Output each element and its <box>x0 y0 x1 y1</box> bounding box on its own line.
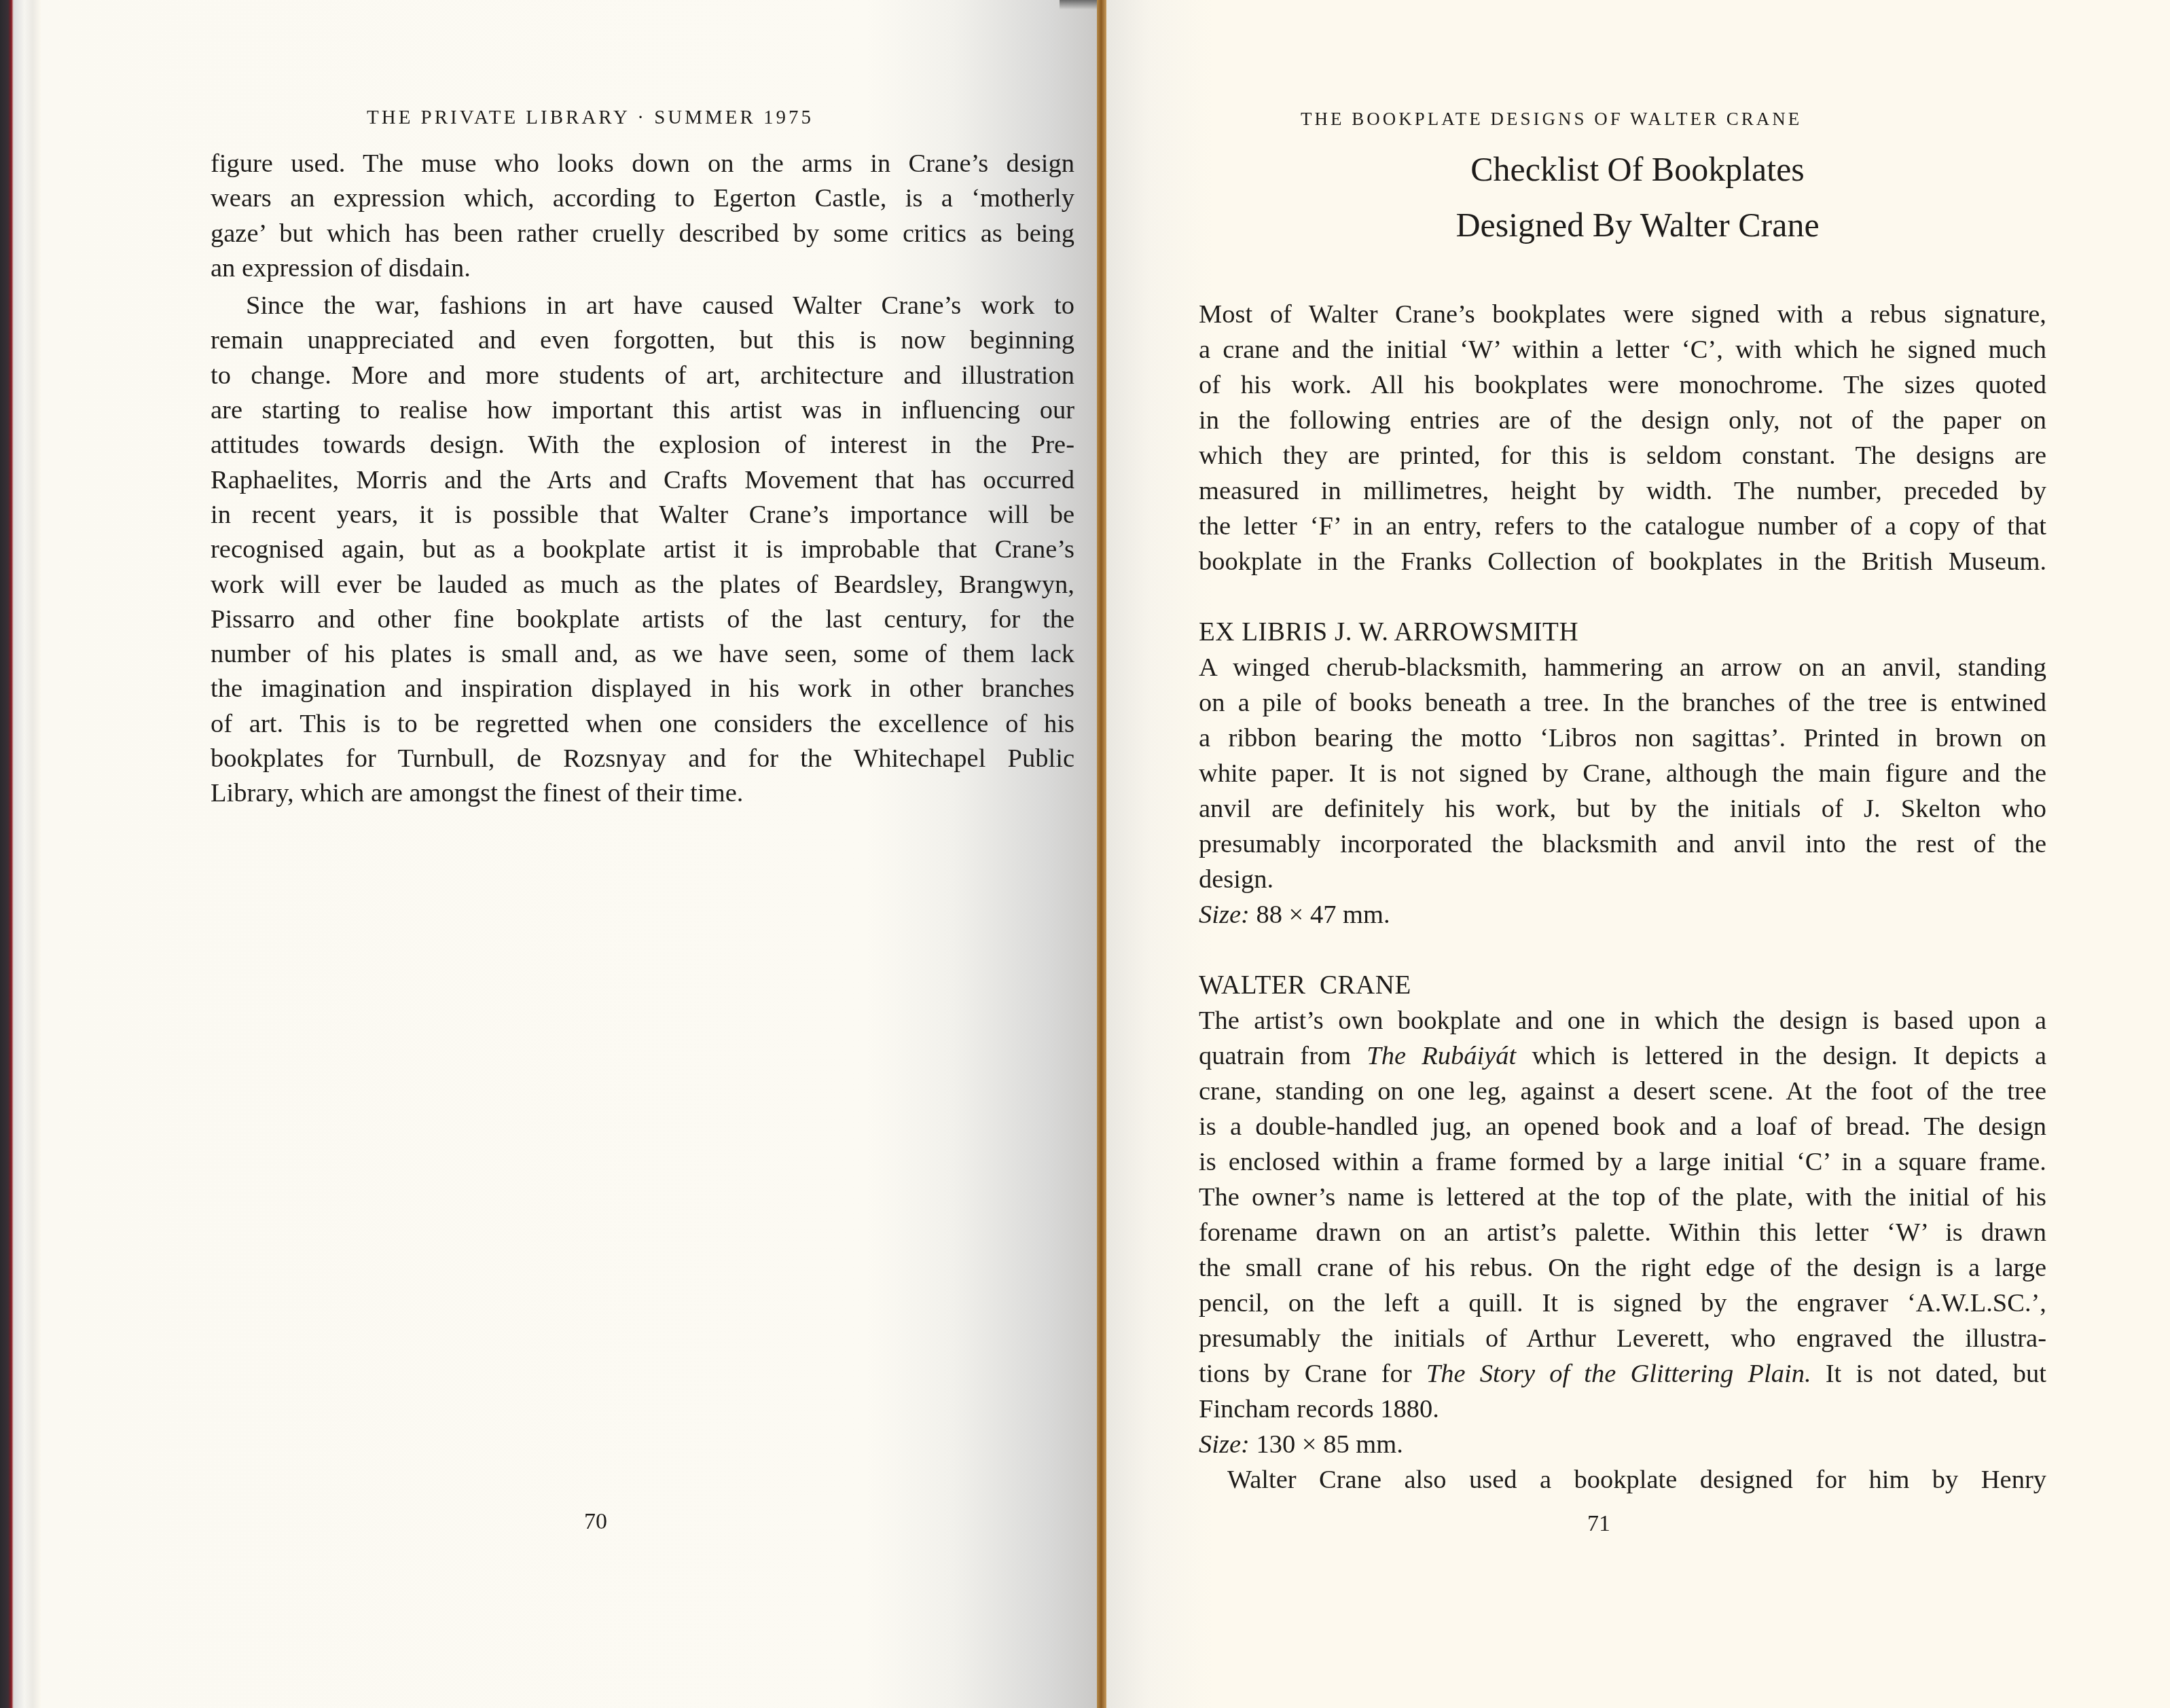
text-span: quatrain from <box>1199 1042 1367 1070</box>
right-page: THE BOOKPLATE DESIGNS OF WALTER CRANE Ch… <box>1106 0 2170 1708</box>
text-line: white paper. It is not signed by Crane, … <box>1199 756 2046 791</box>
text-line: Raphaelites, Morris and the Arts and Cra… <box>211 463 1074 498</box>
size-value: 88 × 47 mm. <box>1256 901 1390 929</box>
checklist-title-line-2: Designed By Walter Crane <box>1298 205 1977 244</box>
text-line: of art. This is to be regretted when one… <box>211 707 1074 742</box>
left-running-head: THE PRIVATE LIBRARY · SUMMER 1975 <box>367 107 814 129</box>
page-number-left: 70 <box>584 1509 607 1535</box>
text-line: Library, which are amongst the finest of… <box>211 776 1074 811</box>
size-label: Size: <box>1199 1430 1250 1459</box>
book-cover-edge <box>0 0 14 1708</box>
text-line: presumably incorporated the blacksmith a… <box>1199 826 2046 862</box>
size-line: Size: 88 × 47 mm. <box>1199 897 2046 932</box>
text-line: pencil, on the left a quill. It is signe… <box>1199 1286 2046 1321</box>
text-line: Since the war, fashions in art have caus… <box>211 289 1074 323</box>
text-line: of his work. All his bookplates were mon… <box>1199 367 2046 403</box>
text-line: to change. More and more students of art… <box>211 359 1074 393</box>
text-line: wears an expression which, according to … <box>211 181 1074 216</box>
checklist-title-line-1: Checklist Of Bookplates <box>1298 149 1977 189</box>
book-gutter <box>1097 0 1106 1708</box>
page-number-right: 71 <box>1587 1511 1610 1537</box>
text-line: is enclosed within a frame formed by a l… <box>1199 1144 2046 1180</box>
text-line: gaze’ but which has been rather cruelly … <box>211 217 1074 251</box>
book-title-glittering-plain: The Story of the Glittering Plain. <box>1426 1360 1811 1388</box>
text-line: The owner’s name is lettered at the top … <box>1199 1180 2046 1215</box>
text-line: on a pile of books beneath a tree. In th… <box>1199 685 2046 721</box>
page-stack-edge <box>14 0 41 1708</box>
text-line: A winged cherub-blacksmith, hammering an… <box>1199 650 2046 685</box>
text-line: Fincham records 1880. <box>1199 1392 2046 1427</box>
continuation-line: Walter Crane also used a bookplate desig… <box>1199 1462 2046 1497</box>
paragraph-1: figure used. The muse who looks down on … <box>211 147 1074 286</box>
text-line: design. <box>1199 862 2046 897</box>
size-label: Size: <box>1199 901 1250 929</box>
text-line: bookplate in the Franks Collection of bo… <box>1199 544 2046 579</box>
text-line: presumably the initials of Arthur Levere… <box>1199 1321 2046 1356</box>
text-line: the letter ‘F’ in an entry, refers to th… <box>1199 509 2046 544</box>
intro-paragraph: Most of Walter Crane’s bookplates were s… <box>1199 297 2046 579</box>
entry-walter-crane: WALTER CRANE The artist’s own bookplate … <box>1199 968 2046 1497</box>
text-line: bookplates for Turnbull, de Rozsnyay and… <box>211 742 1074 776</box>
text-line: a crane and the initial ‘W’ within a let… <box>1199 332 2046 367</box>
text-line: crane, standing on one leg, against a de… <box>1199 1074 2046 1109</box>
text-line: tions by Crane for The Story of the Glit… <box>1199 1356 2046 1392</box>
size-line: Size: 130 × 85 mm. <box>1199 1427 2046 1462</box>
text-line: are starting to realise how important th… <box>211 393 1074 428</box>
text-span: tions by Crane for <box>1199 1360 1426 1388</box>
text-line: anvil are definitely his work, but by th… <box>1199 791 2046 826</box>
size-value: 130 × 85 mm. <box>1256 1430 1403 1459</box>
text-line: in recent years, it is possible that Wal… <box>211 498 1074 532</box>
text-line: number of his plates is small and, as we… <box>211 637 1074 672</box>
text-line: forename drawn on an artist’s palette. W… <box>1199 1215 2046 1250</box>
text-line: Pissarro and other fine bookplate artist… <box>211 602 1074 637</box>
book-title-rubaiyat: The Rubáiyát <box>1367 1042 1516 1070</box>
left-page: THE PRIVATE LIBRARY · SUMMER 1975 figure… <box>41 0 1100 1708</box>
right-running-head: THE BOOKPLATE DESIGNS OF WALTER CRANE <box>1301 109 1802 130</box>
entry-heading: EX LIBRIS J. W. ARROWSMITH <box>1199 615 2046 650</box>
text-line: the small crane of his rebus. On the rig… <box>1199 1250 2046 1286</box>
text-span: It is not dated, but <box>1811 1360 2046 1388</box>
text-line: an expression of disdain. <box>211 251 1074 286</box>
text-line: is a double-handled jug, an opened book … <box>1199 1109 2046 1144</box>
left-body-text: figure used. The muse who looks down on … <box>211 147 1074 812</box>
text-line: attitudes towards design. With the explo… <box>211 428 1074 462</box>
text-line: figure used. The muse who looks down on … <box>211 147 1074 181</box>
text-line: which they are printed, for this is seld… <box>1199 438 2046 473</box>
text-line: Most of Walter Crane’s bookplates were s… <box>1199 297 2046 332</box>
text-line: quatrain from The Rubáiyát which is lett… <box>1199 1038 2046 1074</box>
entry-heading: WALTER CRANE <box>1199 968 2046 1003</box>
text-line: a ribbon bearing the motto ‘Libros non s… <box>1199 721 2046 756</box>
text-span: which is lettered in the design. It depi… <box>1516 1042 2046 1070</box>
entry-arrowsmith: EX LIBRIS J. W. ARROWSMITH A winged cher… <box>1199 615 2046 932</box>
text-line: in the following entries are of the desi… <box>1199 403 2046 438</box>
text-line: measured in millimetres, height by width… <box>1199 473 2046 509</box>
text-line: work will ever be lauded as much as the … <box>211 568 1074 602</box>
text-line: the imagination and inspiration displaye… <box>211 672 1074 706</box>
text-line: The artist’s own bookplate and one in wh… <box>1199 1003 2046 1038</box>
text-line: remain unappreciated and even forgotten,… <box>211 323 1074 358</box>
text-line: recognised again, but as a bookplate art… <box>211 532 1074 567</box>
paragraph-2: Since the war, fashions in art have caus… <box>211 289 1074 811</box>
